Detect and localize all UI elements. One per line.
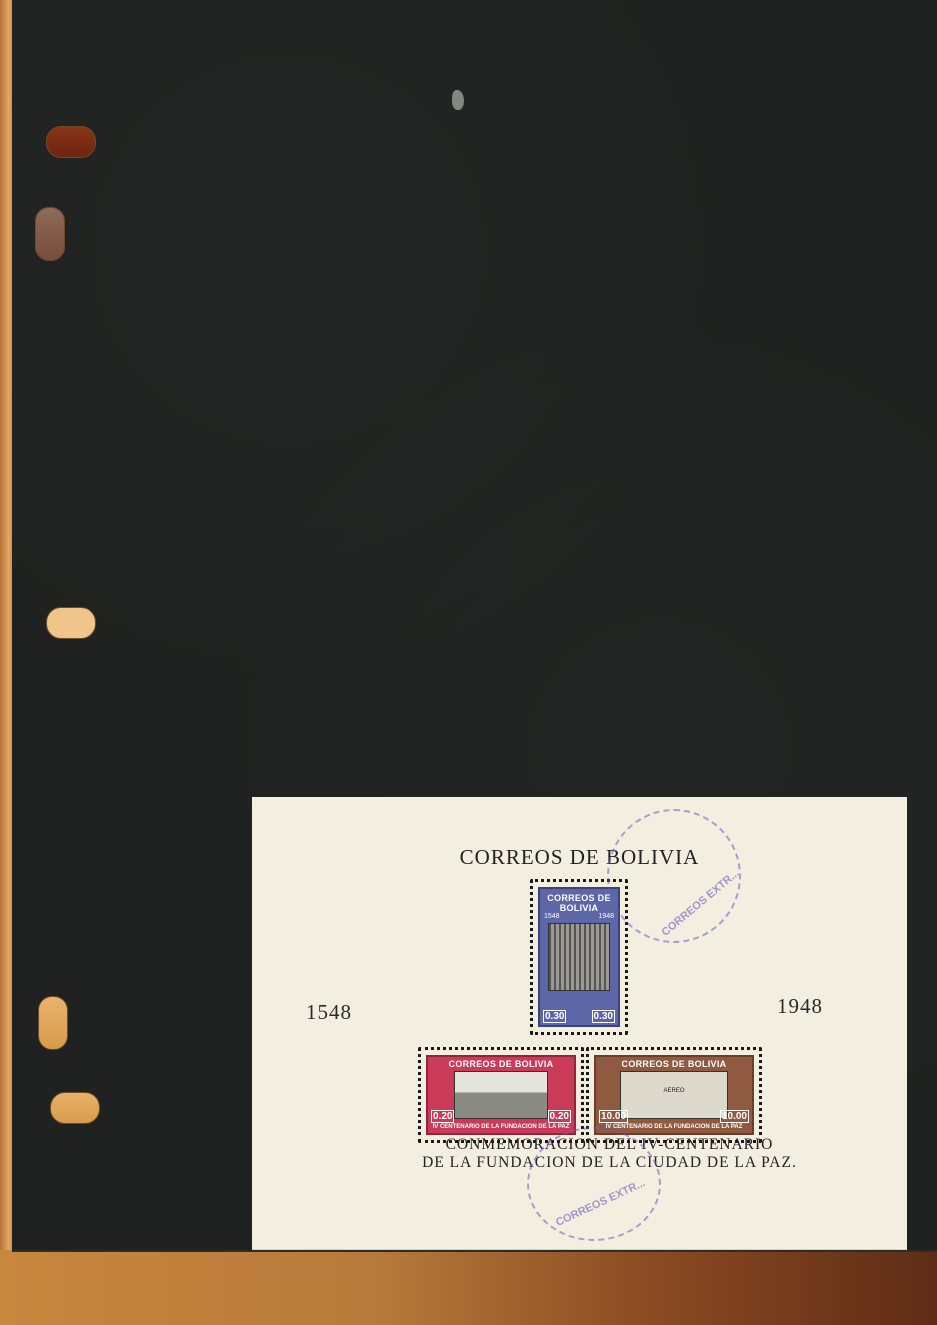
stamp-value: 0.30: [592, 1010, 615, 1023]
stamp-value: 0.30: [543, 1010, 566, 1023]
stamp-header: CORREOS DE BOLIVIA: [434, 1059, 568, 1069]
stamp-year-start: 1548: [544, 913, 560, 920]
stamp-value: 10.00: [720, 1110, 749, 1123]
stamp-picture-portrait-and-arms: AEREO: [620, 1071, 728, 1119]
binder-hole: [38, 996, 68, 1050]
stamp-picture-gate-of-sun: [454, 1071, 548, 1119]
sheet-title: CORREOS DE BOLIVIA: [252, 845, 907, 870]
stamp-overprint: AEREO: [621, 1088, 727, 1094]
binder-hole: [46, 126, 96, 158]
stamp-value: 10.00: [599, 1110, 628, 1123]
stamp-value: 0.20: [548, 1110, 571, 1123]
souvenir-sheet: CORREOS DE BOLIVIA 1548 1948 CORREOS DE …: [252, 797, 907, 1249]
stamp-footer: IV CENTENARIO DE LA FUNDACION DE LA PAZ: [432, 1124, 570, 1131]
year-left: 1548: [306, 1000, 352, 1025]
year-right: 1948: [777, 994, 823, 1019]
debris-speck: [452, 90, 464, 110]
stamp-header: CORREOS DE BOLIVIA: [602, 1059, 746, 1069]
binder-hole: [50, 1092, 100, 1124]
stamp-footer: IV CENTENARIO DE LA FUNDACION DE LA PAZ: [600, 1124, 748, 1131]
binder-hole: [46, 607, 96, 639]
stamp-picture-church-portal: [548, 923, 610, 991]
binder-hole: [35, 207, 65, 261]
stamp-years: 1548 1948: [544, 913, 614, 920]
stamp-0-20: CORREOS DE BOLIVIA IV CENTENARIO DE LA F…: [418, 1047, 584, 1143]
stamp-year-end: 1948: [598, 913, 614, 920]
stamp-header: CORREOS DE BOLIVIA: [546, 893, 612, 913]
stamp-value: 0.20: [431, 1110, 454, 1123]
